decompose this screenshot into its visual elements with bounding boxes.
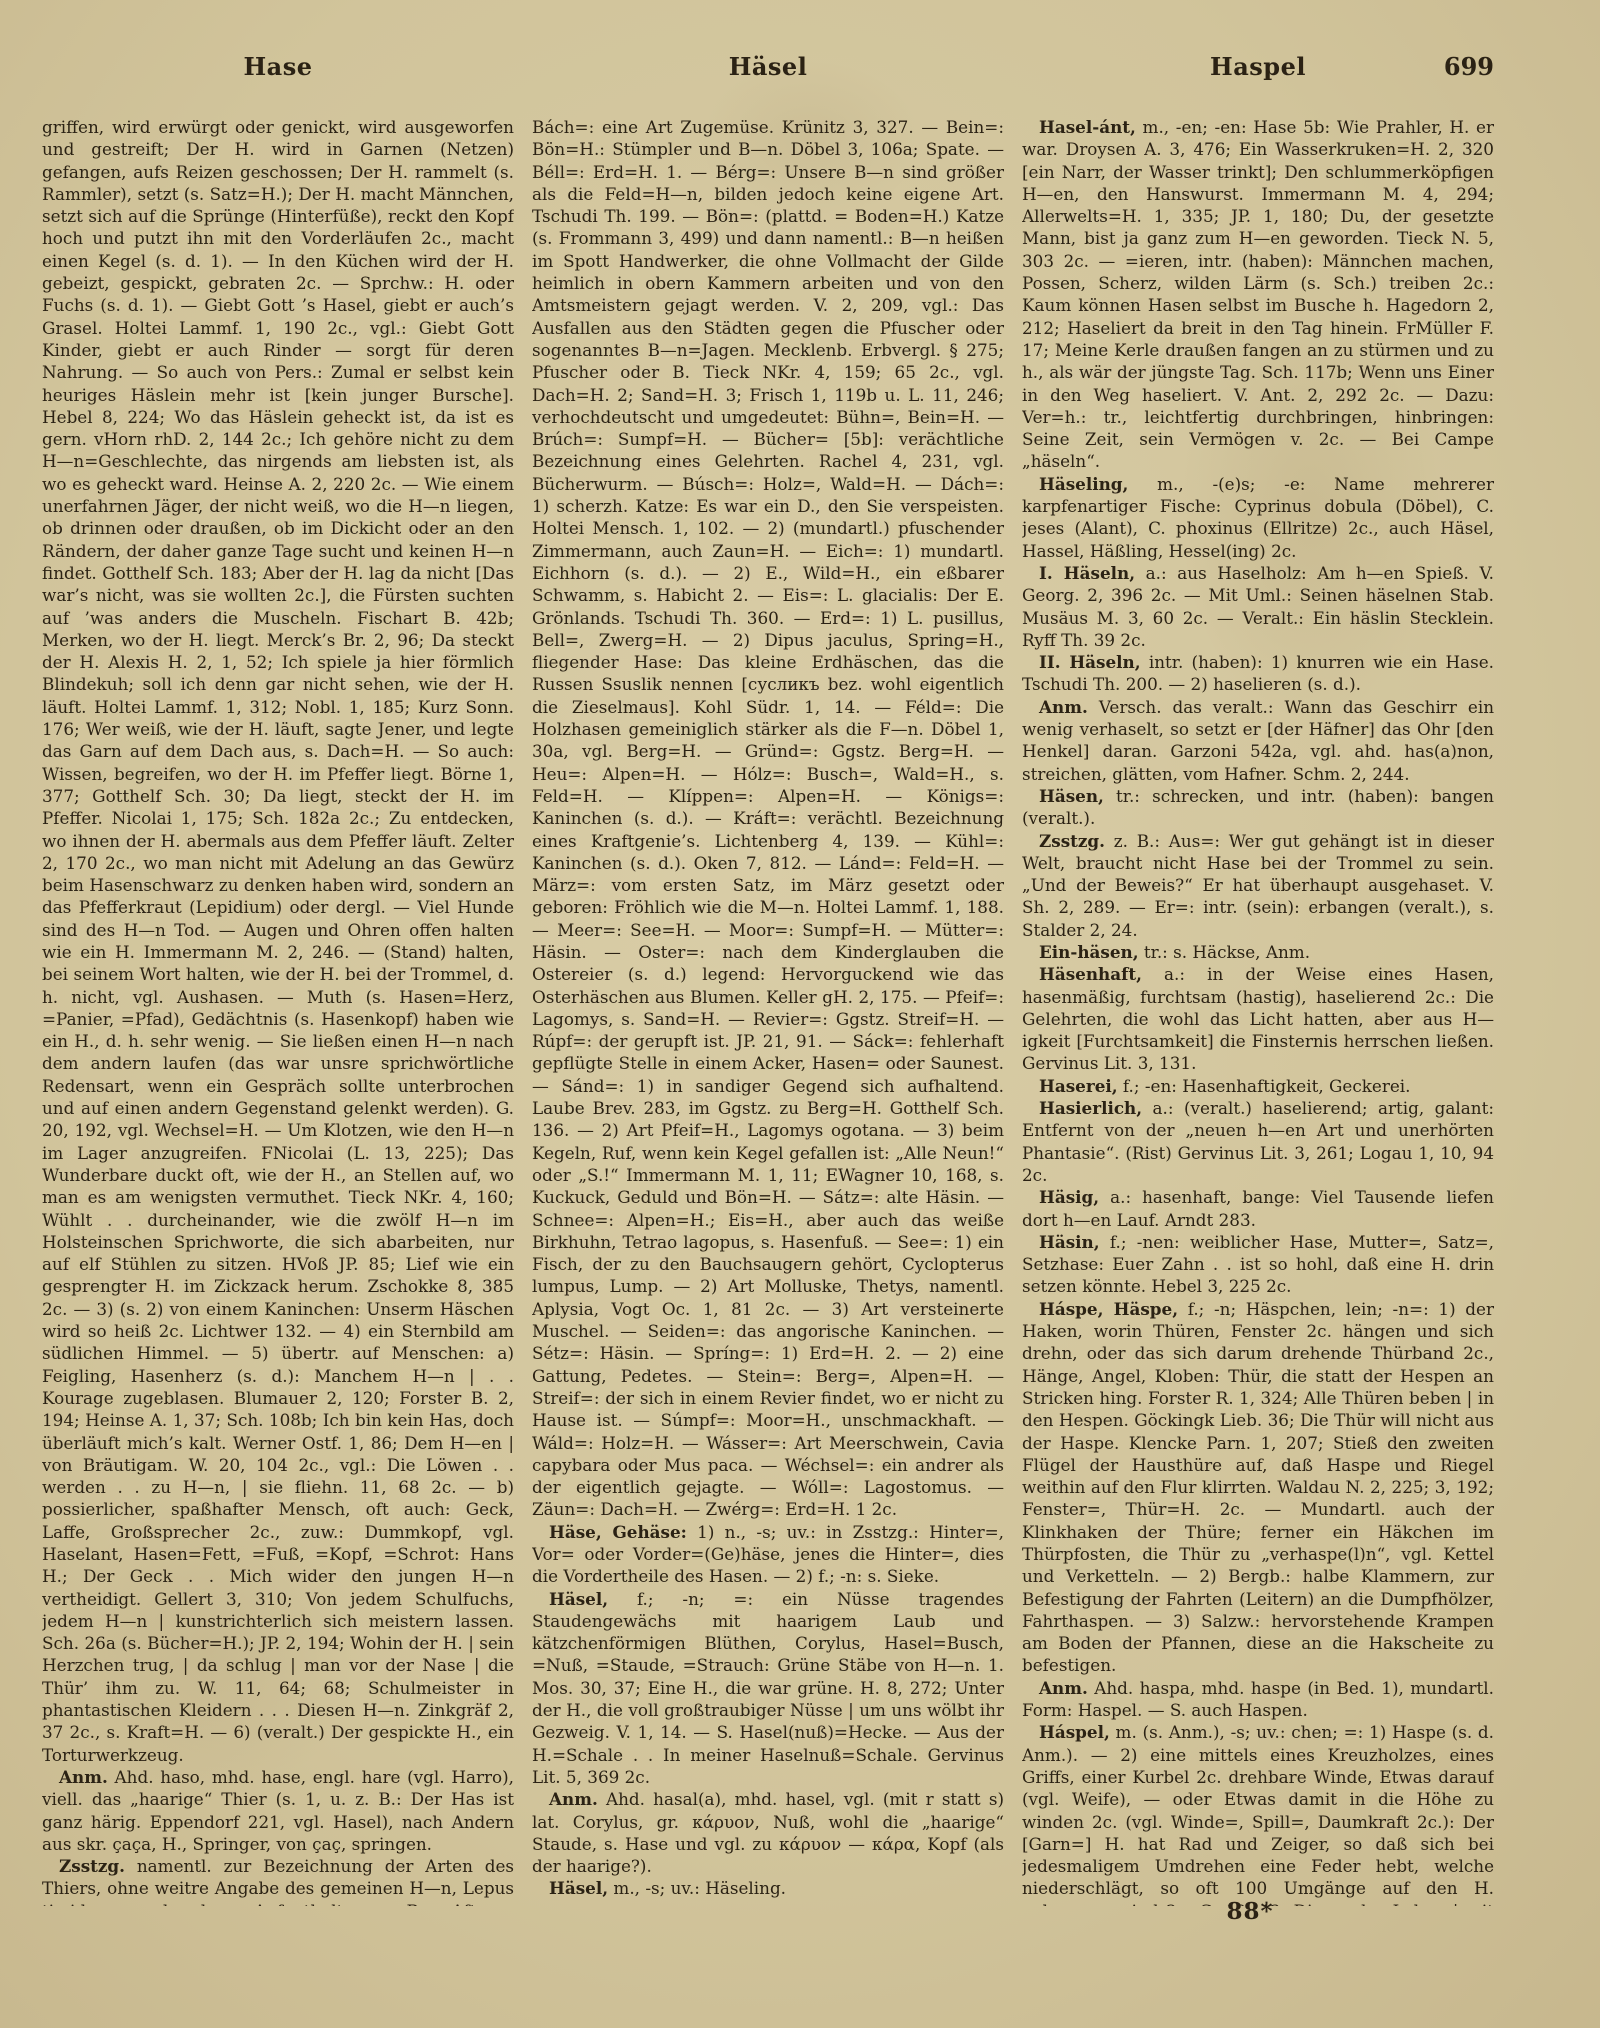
entry-paragraph: Bách=: eine Art Zugemüse. Krünitz 3, 327… <box>532 116 1004 1521</box>
entry-text: m. (s. Anm.), -s; uv.: chen; =: 1) Haspe… <box>1022 1722 1494 1906</box>
entry-paragraph: Hasel-ánt, m., -en; -en: Hase 5b: Wie Pr… <box>1022 116 1494 473</box>
entry-headword: II. Häseln, <box>1039 652 1141 672</box>
entry-text: f.; -en: Hasenhaftigkeit, Geckerei. <box>1118 1076 1411 1096</box>
running-head-right: Haspel <box>1022 52 1494 81</box>
entry-headword: Häsen, <box>1039 786 1104 806</box>
text-column-2: Bách=: eine Art Zugemüse. Krünitz 3, 327… <box>532 116 1004 1906</box>
entry-paragraph: II. Häseln, intr. (haben): 1) knurren wi… <box>1022 651 1494 696</box>
text-column-3: Hasel-ánt, m., -en; -en: Hase 5b: Wie Pr… <box>1022 116 1494 1906</box>
entry-headword: I. Häseln, <box>1039 563 1135 583</box>
entry-paragraph: Anm. Ahd. haso, mhd. hase, engl. hare (v… <box>42 1766 514 1855</box>
entry-headword: Häsenhaft, <box>1039 964 1142 984</box>
entry-text: Ahd. haspa, mhd. haspe (in Bed. 1), mund… <box>1022 1678 1494 1720</box>
entry-headword: Häseling, <box>1039 474 1128 494</box>
entry-paragraph: Ein-häsen, tr.: s. Häckse, Anm. <box>1022 941 1494 963</box>
entry-text: Ahd. haso, mhd. hase, engl. hare (vgl. H… <box>42 1767 514 1854</box>
entry-paragraph: Zsstzg. namentl. zur Bezeichnung der Art… <box>42 1855 514 1906</box>
running-head-left: Hase <box>42 52 514 81</box>
entry-paragraph: Häsenhaft, a.: in der Weise eines Hasen,… <box>1022 963 1494 1074</box>
entry-paragraph: Zsstzg. z. B.: Aus=: Wer gut gehängt ist… <box>1022 830 1494 941</box>
entry-text: m., -en; -en: Hase 5b: Wie Prahler, H. e… <box>1022 117 1494 471</box>
entry-paragraph: Anm. Ahd. haspa, mhd. haspe (in Bed. 1),… <box>1022 1677 1494 1722</box>
entry-paragraph: Häse, Gehäse: 1) n., -s; uv.: in Zsstzg.… <box>532 1521 1004 1588</box>
entry-paragraph: Häseling, m., -(e)s; -e: Name mehrerer k… <box>1022 473 1494 562</box>
entry-paragraph: I. Häseln, a.: aus Haselholz: Am h—en Sp… <box>1022 562 1494 651</box>
entry-paragraph: Häsen, tr.: schrecken, und intr. (haben)… <box>1022 785 1494 830</box>
entry-headword: Háspe, Häspe, <box>1039 1299 1178 1319</box>
running-head-row: Hase Häsel Haspel 699 <box>42 52 1494 84</box>
entry-headword: Anm. <box>549 1789 598 1809</box>
entry-paragraph: Háspe, Häspe, f.; -n; Häspchen, lein; -n… <box>1022 1298 1494 1677</box>
entry-headword: Anm. <box>59 1767 108 1787</box>
entry-text: m., -s; uv.: Häseling. <box>608 1878 786 1898</box>
entry-headword: Häse, Gehäse: <box>549 1522 687 1542</box>
entry-text: Ahd. hasal(a), mhd. hasel, vgl. (mit r s… <box>532 1789 1004 1876</box>
entry-text: Versch. das veralt.: Wann das Geschirr e… <box>1022 697 1494 784</box>
entry-headword: Hasierlich, <box>1039 1098 1142 1118</box>
text-column-1: griffen, wird erwürgt oder genickt, wird… <box>42 116 514 1906</box>
entry-headword: Háspel, <box>1039 1722 1110 1742</box>
running-head-center: Häsel <box>532 52 1004 81</box>
entry-text: Bách=: eine Art Zugemüse. Krünitz 3, 327… <box>532 117 1004 1519</box>
page-number: 699 <box>1444 52 1494 81</box>
entry-paragraph: Haserei, f.; -en: Hasenhaftigkeit, Gecke… <box>1022 1075 1494 1097</box>
entry-text: tr.: s. Häckse, Anm. <box>1139 942 1310 962</box>
entry-headword: Anm. <box>1039 697 1088 717</box>
entry-paragraph: Häsel, f.; -n; =: ein Nüsse tragendes St… <box>532 1588 1004 1789</box>
entry-paragraph: Häsel, m., -s; uv.: Häseling. <box>532 1877 1004 1899</box>
entry-text: f.; -n; =: ein Nüsse tragendes Staudenge… <box>532 1589 1004 1787</box>
signature-mark: 88* <box>1160 1898 1340 1925</box>
entry-headword: Ein-häsen, <box>1039 942 1139 962</box>
entry-text: f.; -n; Häspchen, lein; -n=: 1) der Hake… <box>1022 1299 1494 1676</box>
entry-headword: Haserei, <box>1039 1076 1118 1096</box>
entry-headword: Hasel-ánt, <box>1039 117 1136 137</box>
dictionary-text-block: griffen, wird erwürgt oder genickt, wird… <box>42 116 1494 1906</box>
entry-headword: Zsstzg. <box>1039 831 1105 851</box>
entry-headword: Häsig, <box>1039 1187 1099 1207</box>
entry-paragraph: griffen, wird erwürgt oder genickt, wird… <box>42 116 514 1766</box>
entry-headword: Anm. <box>1039 1678 1088 1698</box>
entry-paragraph: Häsin, f.; -nen: weiblicher Hase, Mutter… <box>1022 1231 1494 1298</box>
entry-headword: Zsstzg. <box>59 1856 125 1876</box>
entry-paragraph: Häsig, a.: hasenhaft, bange: Viel Tausen… <box>1022 1186 1494 1231</box>
entry-headword: Häsel, <box>549 1589 608 1609</box>
entry-headword: Häsel, <box>549 1878 608 1898</box>
entry-headword: Häsin, <box>1039 1232 1100 1252</box>
entry-paragraph: Hasierlich, a.: (veralt.) haselierend; a… <box>1022 1097 1494 1186</box>
entry-paragraph: Anm. Versch. das veralt.: Wann das Gesch… <box>1022 696 1494 785</box>
entry-paragraph: Háspel, m. (s. Anm.), -s; uv.: chen; =: … <box>1022 1721 1494 1906</box>
entry-paragraph: Anm. Ahd. hasal(a), mhd. hasel, vgl. (mi… <box>532 1788 1004 1877</box>
entry-text: griffen, wird erwürgt oder genickt, wird… <box>42 117 514 1765</box>
